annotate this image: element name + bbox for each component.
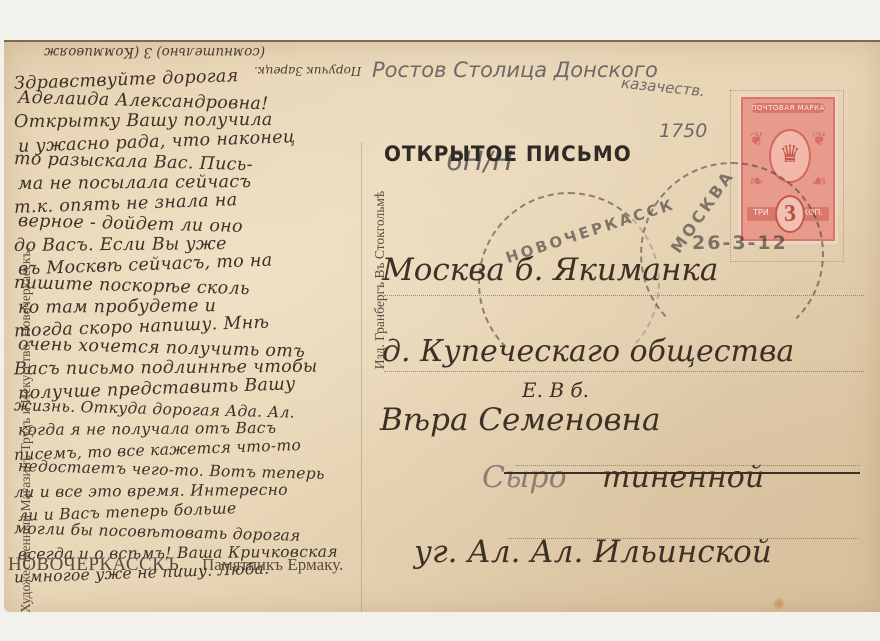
message-line: могли бы посовѣтовать дорогая <box>14 519 301 544</box>
pencil-catalog-number: 1750 <box>659 120 707 142</box>
address-rule <box>384 371 864 372</box>
message-line: когда я не получала отъ Васъ <box>18 419 276 439</box>
message-line: недостаетъ чего-то. Вотъ теперь <box>18 457 325 483</box>
caption-city: НОВОЧЕРКАССКЪ. <box>8 554 185 576</box>
pencil-note-region: казачеств. <box>620 74 706 101</box>
upside-down-note: (сомнительно) 3 (Коммивояж <box>44 44 265 60</box>
postcard: (сомнительно) 3 (Коммивояж Поручик Зарец… <box>4 40 880 612</box>
message-line: жизнь. Откуда дорогая Ада. Ал. <box>14 396 295 421</box>
strikethrough-line <box>504 472 860 474</box>
stamp-label: ПОЧТОВАЯ МАРКА <box>751 103 825 113</box>
address-line-surname: тиненной <box>602 460 764 495</box>
ornament-icon: ❦ <box>812 129 827 150</box>
address-initials: Е. В б. <box>522 378 589 402</box>
address-rule <box>384 295 864 296</box>
address-rule <box>508 538 858 539</box>
ornament-icon: ☙ <box>811 171 827 192</box>
address-line-surname-struck: Сыро <box>482 460 567 495</box>
address-line-city: Москва б. Якиманка <box>382 252 718 288</box>
message-line: ко там пробудете и <box>18 296 216 318</box>
divider-line <box>361 142 362 612</box>
address-line-street: уг. Ал. Ал. Ильинской <box>414 534 772 570</box>
postmark-date: 26-3-12 <box>692 232 788 254</box>
postcard-heading: ОТКРЫТОЕ ПИСЬМО <box>384 142 632 166</box>
ornament-icon: ❦ <box>749 129 764 150</box>
address-line-house: д. Купеческаго общества <box>382 334 794 369</box>
pencil-note-city: Ростов Столица Донского <box>372 58 658 82</box>
upside-down-note-right: Поручик Зарецк. <box>254 64 361 78</box>
address-line-name: Вѣра Семеновна <box>380 402 660 438</box>
message-line: ли и все это время. Интересно <box>14 481 288 501</box>
caption-title: Памятникъ Ермаку. <box>202 555 343 575</box>
paper-stain <box>774 598 784 610</box>
